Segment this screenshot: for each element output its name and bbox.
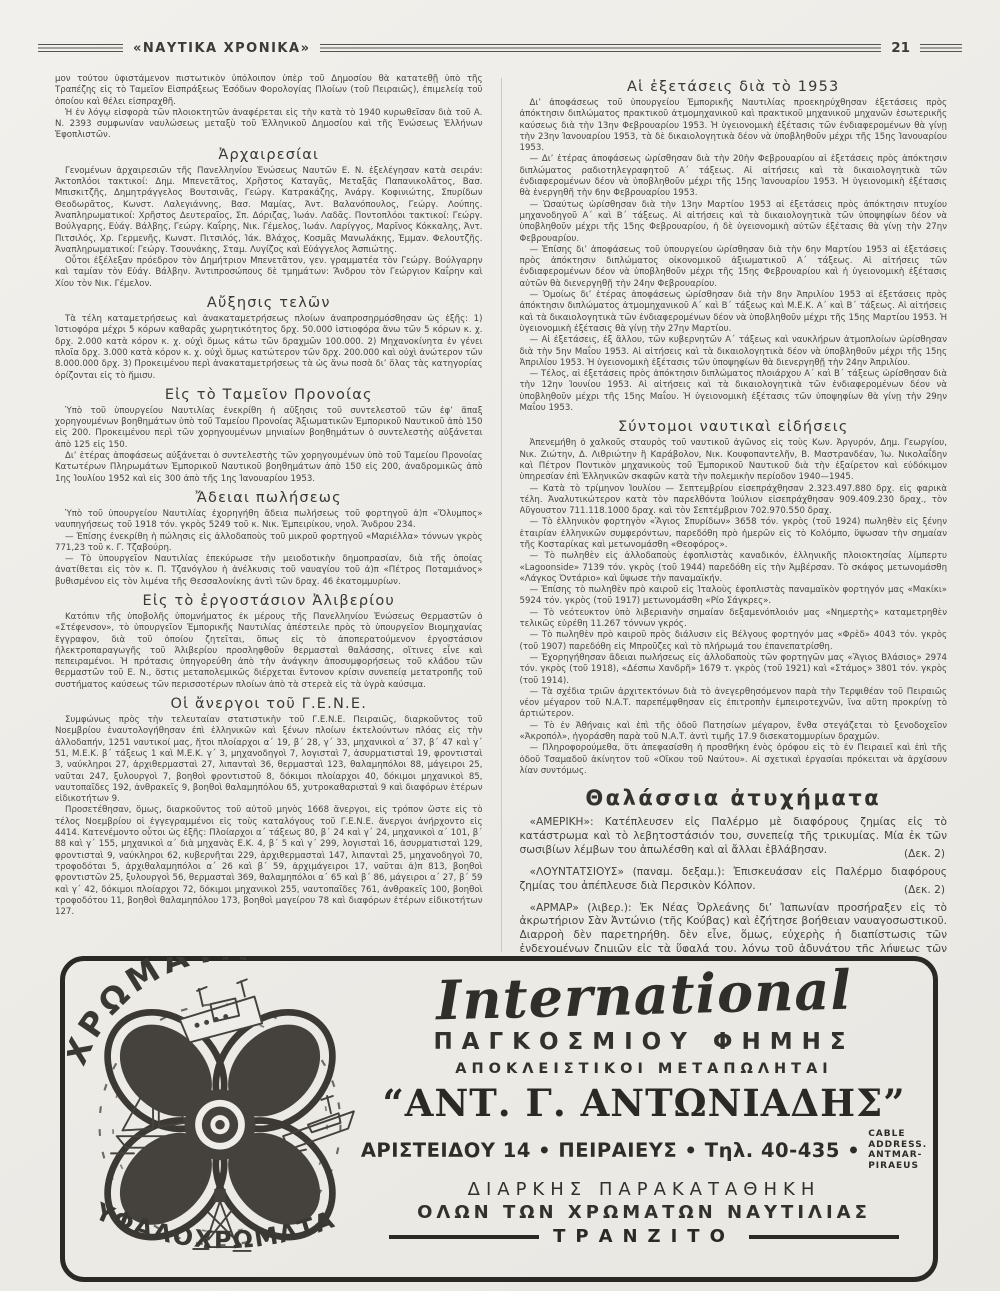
column-divider [501,78,502,952]
paragraph: — Ἐχορηγήθησαν ἄδειαι πωλήσεως εἰς ἀλλοδ… [520,653,948,687]
ad-brand-international: International [364,958,923,1033]
section-heading-ergostasion-aliveriou: Εἰς τὸ ἐργοστάσιον Ἀλιβερίου [55,593,483,609]
paragraph: — Πληροφορούμεθα, ὅτι ἀπεφασίσθη ἡ προσθ… [520,743,948,777]
masthead-rule-center [320,44,881,52]
ad-tagline-apokleistikoi-metapolitai: ΑΠΟΚΛΕΙΣΤΙΚΟΙ ΜΕΤΑΠΩΛΗΤΑΙ [365,1061,923,1077]
paragraph: — Κατὰ τὸ τρίμηνον Ἰουλίου — Σεπτεμβρίου… [520,484,948,518]
magazine-title: «ΝΑΥΤΙΚΑ ΧΡΟΝΙΚΑ» [133,41,310,56]
section-heading-exetaseis-1953: Αἱ ἐξετάσεις διὰ τὸ 1953 [520,79,948,95]
paragraph: Ὑπὸ τοῦ ὑπουργείου Ναυτιλίας ἐνεκρίθη ἡ … [55,406,483,451]
ad-cable-line1: CABLE ADDRESS. [868,1129,927,1150]
cargo-ship-icon [180,979,262,1042]
paragraph: — Δι’ ἑτέρας ἀποφάσεως ὡρίσθησαν διὰ τὴν… [520,154,948,199]
section-heading-ayxisis-telon: Αὔξησις τελῶν [55,295,483,311]
magazine-page: «ΝΑΥΤΙΚΑ ΧΡΟΝΙΚΑ» 21 μον τούτου ὑφιστάμε… [0,0,1000,1291]
ad-address: ΑΡΙΣΤΕΙΔΟΥ 14 • ΠΕΙΡΑΙΕΥΣ • Τηλ. 40-435 … [361,1139,860,1162]
ad-tagline-pagosmiou-fimis: ΠΑΓΚΟΣΜΙΟΥ ΦΗΜΗΣ [365,1029,923,1055]
paragraph: — Τὸ νεότευκτον ὑπὸ λιβεριανὴν σημαίαν δ… [520,608,948,631]
paragraph: Προσετέθησαν, ὅμως, διαρκοῦντος τοῦ αὐτο… [55,805,483,918]
section-heading-nautikai-eidiseis: Σύντομοι ναυτικαὶ εἰδήσεις [520,419,948,435]
paragraph: — Τέλος, αἱ ἐξετάσεις πρὸς ἀπόκτησιν διπ… [520,369,948,414]
paragraph: μον τούτου ὑφιστάμενον πιστωτικὸν ὑπόλοι… [55,74,483,108]
ad-transit-label: ΤΡΑΝΖΙΤΟ [553,1226,735,1247]
section-heading-adeiai-poliseos: Ἄδειαι πωλήσεως [55,490,483,506]
paragraph: — Τὸ πωληθὲν εἰς ἀλλοδαποὺς ἐφοπλιστὰς κ… [520,551,948,585]
paragraph: — Ὡσαύτως ὡρίσθησαν διὰ τὴν 13ην Μαρτίου… [520,200,948,245]
ad-dealer-name: “ΑΝΤ. Γ. ΑΝΤΩΝΙΑΔΗΣ” [365,1081,923,1125]
paragraph: Τὰ τέλη καταμετρήσεως καὶ ἀνακαταμετρήσε… [55,314,483,382]
section-heading-archairesiai: Ἀρχαιρεσίαι [55,147,483,163]
paragraph: Κατόπιν τῆς ὑποβολῆς ὑπομνήματος ἐκ μέρο… [55,612,483,691]
section-heading-tameion-pronoias: Εἰς τὸ Ταμεῖον Προνοίας [55,387,483,403]
paragraph: Ὑπὸ τοῦ ὑπουργείου Ναυτιλίας ἐχορηγήθη ἄ… [55,509,483,532]
paragraph: — Τὸ ἐν Ἀθήναις καὶ ἐπὶ τῆς ὁδοῦ Πατησίω… [520,721,948,744]
page-number: 21 [891,40,910,56]
paragraph: Ἡ ἐν λόγῳ εἰσφορὰ τῶν πλοιοκτητῶν ἀναφέρ… [55,108,483,142]
ad-stock-line2: ΟΛΩΝ ΤΩΝ ΧΡΩΜΑΤΩΝ ΝΑΥΤΙΛΙΑΣ [365,1202,923,1223]
accident-item: «ΑΡΜΑΡ» (λιβερ.): Ἐκ Νέας Ὀρλεάνης δι’ Ἰ… [520,902,948,952]
paragraph: — Ὁμοίως δι’ ἑτέρας ἀποφάσεως ὡρίσθησαν … [520,290,948,335]
ad-cable-line2: ANTMAR-PIRAEUS [868,1150,922,1171]
international-paints-ad: ΧΡΩΜΑΤΑ ΥΦΑΛΟΧΡΩΜΑΤΑ International ΠΑΓΚΟ… [60,956,938,1282]
paragraph: — Αἱ ἐξετάσεις, ἐξ ἄλλου, τῶν κυβερνητῶν… [520,335,948,369]
paragraph: — Τὸ πωληθὲν πρὸ καιροῦ πρὸς διάλυσιν εἰ… [520,630,948,653]
paragraph: Ἀπενεμήθη ὁ χαλκοῦς σταυρὸς τοῦ ναυτικοῦ… [520,438,948,483]
masthead-rule-left [38,44,123,52]
paragraph: Δι’ ἑτέρας ἀποφάσεως αὐξάνεται ὁ συντελε… [55,451,483,485]
ad-stock-line1: ΔΙΑΡΚΗΣ ΠΑΡΑΚΑΤΑΘΗΚΗ [365,1179,923,1200]
ad-text-block: International ΠΑΓΚΟΣΜΙΟΥ ΦΗΜΗΣ ΑΠΟΚΛΕΙΣΤ… [365,965,923,1247]
propeller-illustration: ΧΡΩΜΑΤΑ ΥΦΑΛΟΧΡΩΜΑΤΑ [67,957,373,1279]
article-columns: μον τούτου ὑφιστάμενον πιστωτικὸν ὑπόλοι… [55,74,947,952]
propeller-hub [185,1089,256,1160]
transit-rule-right [749,1235,899,1239]
right-column: Αἱ ἐξετάσεις διὰ τὸ 1953 Δι’ ἀποφάσεως τ… [520,74,948,952]
masthead: «ΝΑΥΤΙΚΑ ΧΡΟΝΙΚΑ» 21 [38,40,962,56]
paragraph: — Ἐπίσης δι’ ἀποφάσεως τοῦ ὑπουργείου ὡρ… [520,245,948,290]
paragraph: Δι’ ἀποφάσεως τοῦ ὑπουργείου Ἐμπορικῆς Ν… [520,98,948,154]
ad-address-row: ΑΡΙΣΤΕΙΔΟΥ 14 • ΠΕΙΡΑΙΕΥΣ • Τηλ. 40-435 … [365,1129,923,1171]
section-heading-thalassia-atyximata: Θαλάσσια ἀτυχήματα [520,786,948,810]
paragraph: Συμφώνως πρὸς τὴν τελευταίαν στατιστικὴν… [55,715,483,805]
ad-cable-address: CABLE ADDRESS. ANTMAR-PIRAEUS [868,1129,927,1171]
masthead-rule-right [920,44,962,52]
paragraph: — Τὸ ἑλληνικὸν φορτηγὸν «Ἅγιος Σπυρίδων»… [520,517,948,551]
ad-transit-row: ΤΡΑΝΖΙΤΟ [365,1226,923,1247]
paragraph: — Τὸ ὑπουργεῖον Ναυτιλίας ἐπεκύρωσε τὴν … [55,554,483,588]
paragraph: Γενομένων ἀρχαιρεσιῶν τῆς Πανελληνίου Ἑν… [55,166,483,256]
paragraph: Οὗτοι ἐξέλεξαν πρόεδρον τὸν Δημήτριον Μπ… [55,256,483,290]
paragraph: — Ἐπίσης ἐνεκρίθη ἡ πώλησις εἰς ἀλλοδαπο… [55,532,483,555]
left-column: μον τούτου ὑφιστάμενον πιστωτικὸν ὑπόλοι… [55,74,483,952]
section-heading-anergoi-gene: Οἱ ἄνεργοι τοῦ Γ.Ε.Ν.Ε. [55,696,483,712]
paragraph: — Ἐπίσης τὸ πωληθὲν πρὸ καιροῦ εἰς Ἰταλο… [520,585,948,608]
paragraph: — Τὰ σχέδια τριῶν ἀρχιτεκτόνων διὰ τὸ ἀν… [520,687,948,721]
transit-rule-left [389,1235,539,1239]
